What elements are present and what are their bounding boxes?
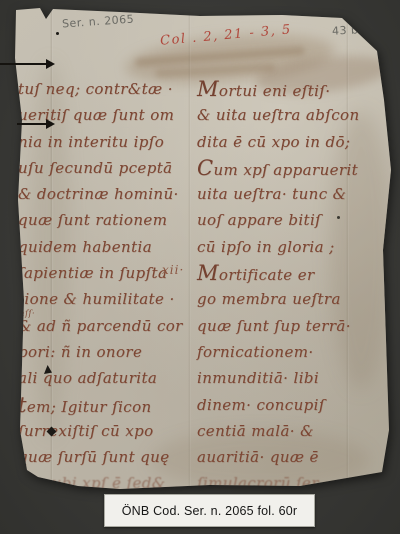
manuscript-line: ſimulacrorū ſer <box>197 470 360 496</box>
red-citation: Col . 2, 21 - 3, 5 <box>160 22 293 48</box>
manuscript-line: Cum xpſ apparuerit <box>197 155 360 181</box>
text-column-right: Mortui eni eſtiſ· & uita ueſtra abſcon d… <box>197 76 360 497</box>
interlinear-gloss: mſſ· <box>17 309 35 318</box>
erased-writing-ghost <box>135 46 305 67</box>
manuscript-line: uoſ appare bitiſ <box>197 207 360 233</box>
manuscript-line: centiā malā· & <box>197 418 360 444</box>
parchment-wrap: Ser. n. 2065 Col . 2, 21 - 3, 5 43 b tuſ… <box>0 0 400 534</box>
ink-speck <box>337 216 340 219</box>
manuscript-line: & ad ñ parcendū cor <box>18 313 183 339</box>
manuscript-line: cū ipſo in gloria ; <box>197 234 360 260</box>
ink-speck <box>56 32 59 35</box>
parchment-page: Ser. n. 2065 Col . 2, 21 - 3, 5 43 b tuſ… <box>0 0 400 534</box>
manuscript-line: inmunditiā· libi <box>197 365 360 391</box>
marginal-chapter-number: xii· <box>162 263 184 277</box>
manuscript-line: quæ ſurſū ſunt quę <box>18 444 183 470</box>
left-margin-arrow <box>17 123 48 125</box>
crease-line <box>188 8 191 489</box>
manuscript-line: tem; Igitur ſicon <box>18 392 183 418</box>
manuscript-line: tione & humilitate · <box>18 286 183 312</box>
manuscript-line: quæ ſunt rationem <box>18 207 183 233</box>
manuscript-line: fornicationem· <box>197 339 360 365</box>
text-column-left: tuſ neq; contr&tæ · ueritiſ quæ ſunt om … <box>18 76 183 497</box>
manuscript-line: nia in interitu ipſo <box>18 129 183 155</box>
manuscript-line: tuſ neq; contr&tæ · <box>18 76 183 102</box>
manuscript-line: ſurrexiſtiſ cū xpo <box>18 418 183 444</box>
manuscript-line: dinem· concupiſ <box>197 392 360 418</box>
manuscript-line: pori: ñ in onore <box>18 339 183 365</box>
manuscript-line: auaritiā· quæ ē <box>197 444 360 470</box>
manuscript-line: go membra ueſtra <box>197 286 360 312</box>
manuscript-line: dita ē cū xpo in dō; <box>197 129 360 155</box>
manuscript-line: Mortificate er <box>197 260 360 286</box>
manuscript-line: ali quo adſaturita <box>18 365 183 391</box>
manuscript-line: & uita ueſtra abſcon <box>197 102 360 128</box>
manuscript-line: quidem habentia <box>18 234 183 260</box>
pencil-shelfmark: Ser. n. 2065 <box>62 12 135 30</box>
manuscript-line: rite ubi xpſ ē ſed& <box>18 470 183 496</box>
archive-label: ÖNB Cod. Ser. n. 2065 fol. 60r <box>104 494 315 527</box>
manuscript-line: uſu ſecundū pceptā <box>18 155 183 181</box>
manuscript-line: quæ ſunt ſup terrā· <box>197 313 360 339</box>
manuscript-line: ſapientiæ in ſupſta <box>18 260 183 286</box>
archive-label-text: ÖNB Cod. Ser. n. 2065 fol. 60r <box>122 504 298 518</box>
manuscript-line: & doctrinæ hominū· <box>18 181 183 207</box>
manuscript-photo: Ser. n. 2065 Col . 2, 21 - 3, 5 43 b tuſ… <box>0 0 400 534</box>
left-margin-arrow <box>0 63 48 65</box>
manuscript-line: Mortui eni eſtiſ· <box>197 76 360 102</box>
manuscript-line: uita ueſtra· tunc & <box>197 181 360 207</box>
pencil-folio-number: 43 b <box>332 23 359 37</box>
